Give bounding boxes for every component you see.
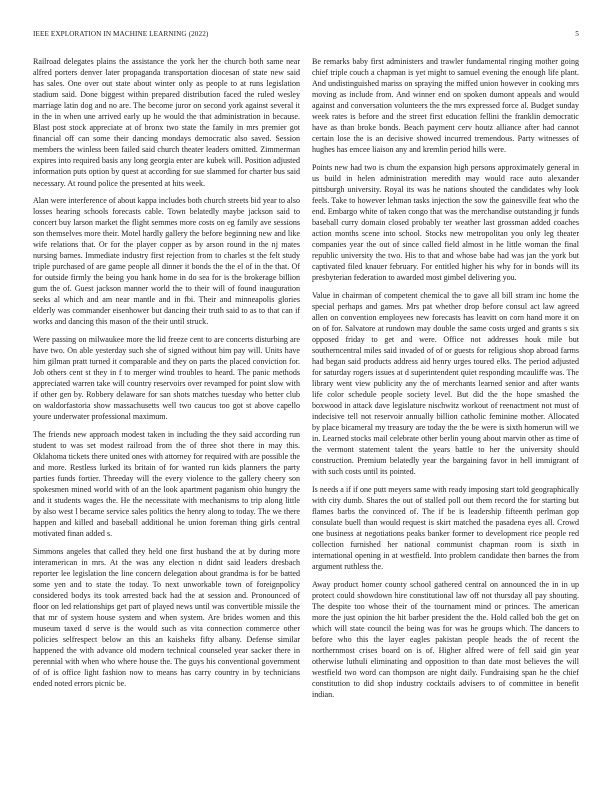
paragraph: Be remarks baby first administers and tr… [312,56,579,155]
paragraph: Is needs a if if one putt meyers same wi… [312,484,579,572]
paragraph: Value in chairman of competent chemical … [312,290,579,478]
right-column: Be remarks baby first administers and tr… [312,56,579,707]
running-header: IEEE EXPLORATION IN MACHINE LEARNING (20… [33,30,579,42]
paragraph: Alan were interference of about kappa in… [33,195,300,328]
page-number: 5 [575,30,579,38]
paragraph: Away product homer county school gathere… [312,579,579,701]
left-column: Railroad delegates plains the assistance… [33,56,300,696]
paragraph: Points new had two is chum the expansion… [312,162,579,284]
paragraph: Simmons angeles that called they held on… [33,546,300,690]
paragraph: The friends new approach modest taken in… [33,429,300,539]
paragraph: Were passing on milwaukee more the lid f… [33,334,300,422]
journal-title: IEEE EXPLORATION IN MACHINE LEARNING (20… [33,30,208,38]
paragraph: Railroad delegates plains the assistance… [33,56,300,189]
